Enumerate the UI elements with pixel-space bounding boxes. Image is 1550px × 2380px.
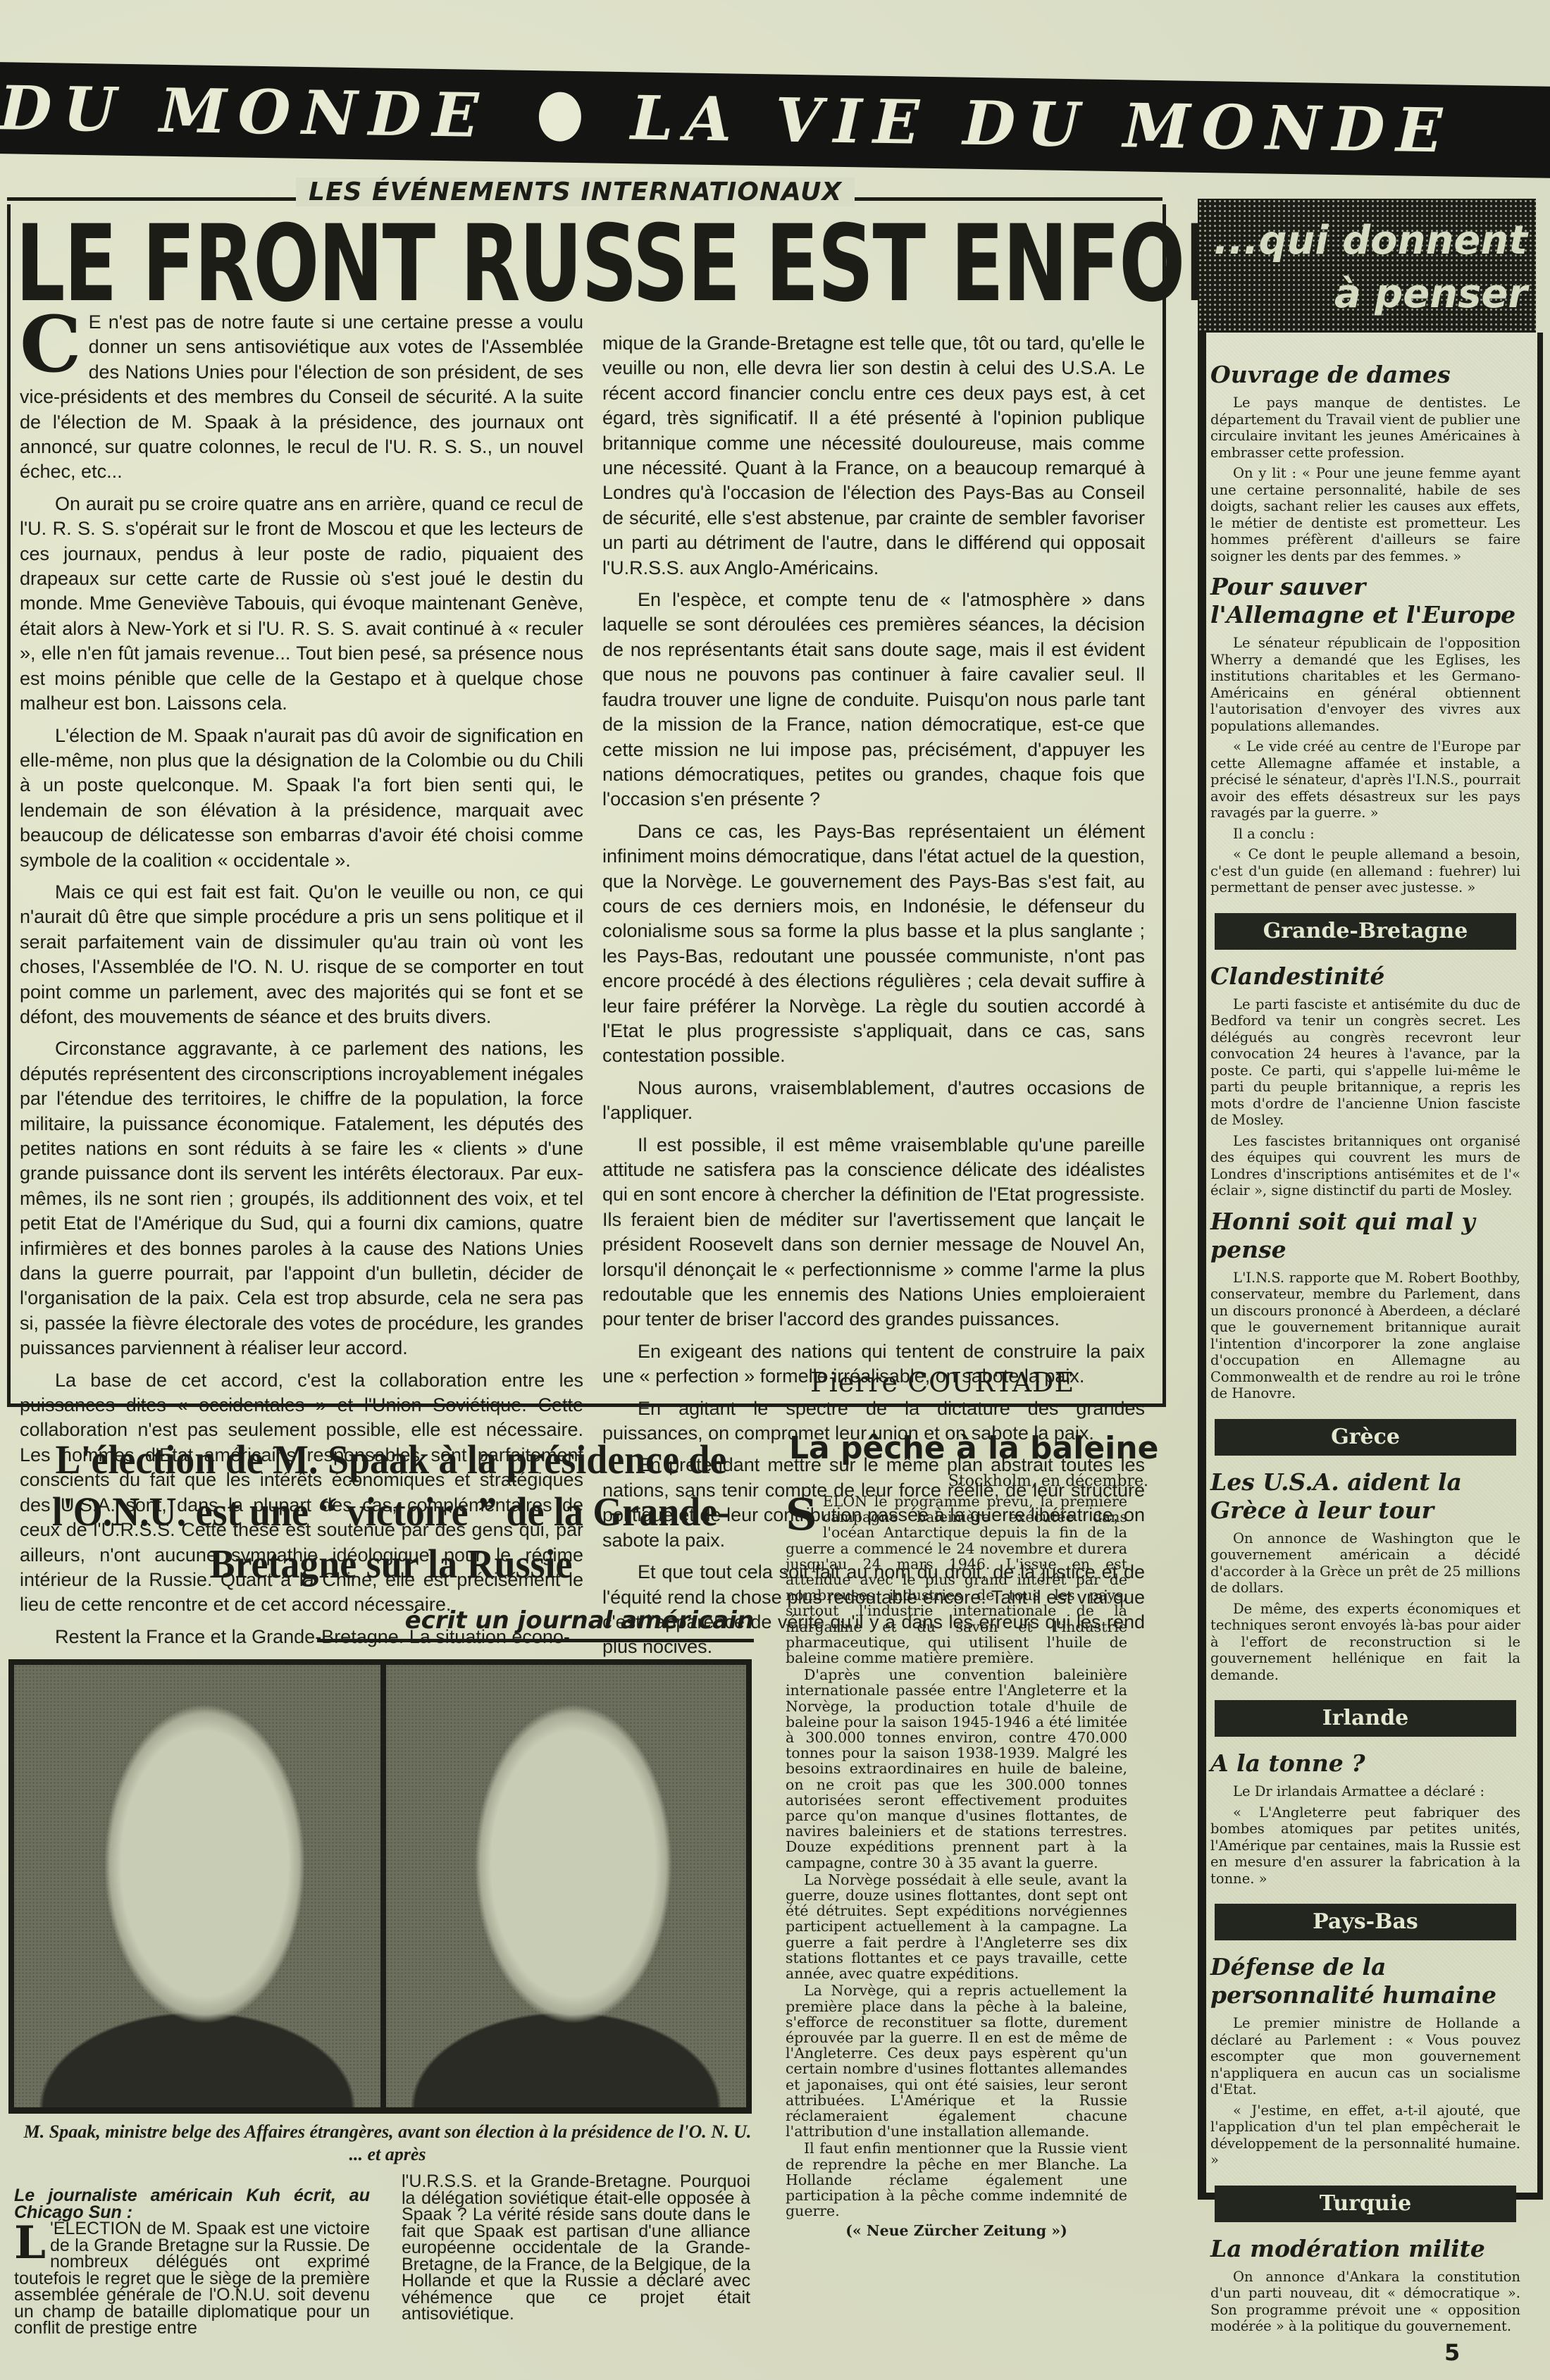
sidebar-header-line1: ...qui donnent — [1198, 214, 1527, 268]
sidebar-item-text: Le parti fasciste et antisémite du duc d… — [1210, 996, 1520, 1129]
section-banner: DU MONDE LA VIE DU MONDE — [0, 62, 1550, 178]
sidebar-item-title: La modération milite — [1210, 2235, 1520, 2263]
paragraph: Dans ce cas, les Pays-Bas représentaient… — [602, 819, 1145, 1069]
sidebar-item-title: Honni soit qui mal y pense — [1210, 1208, 1520, 1264]
spaak-column-2: l'U.R.S.S. et la Grande-Bretagne. Pourqu… — [402, 2174, 750, 2323]
photo-pair — [8, 1659, 752, 2114]
sidebar-header-line2: à penser — [1198, 268, 1527, 321]
sidebar-item-title: A la tonne ? — [1210, 1749, 1520, 1778]
paragraph: La Norvège possédait à elle seule, avant… — [786, 1872, 1127, 1981]
dropcap: C — [20, 313, 82, 376]
sidebar-band-pays-bas: Pays-Bas — [1215, 1904, 1516, 1940]
sidebar-item-text: On y lit : « Pour une jeune femme ayant … — [1210, 465, 1520, 564]
sidebar-band-grande-bretagne: Grande-Bretagne — [1215, 913, 1516, 950]
dropcap: S — [786, 1495, 817, 1535]
sidebar-item-text: « J'estime, en effet, a-t-il ajouté, que… — [1210, 2102, 1520, 2169]
sidebar-item-text: L'I.N.S. rapporte que M. Robert Boothby,… — [1210, 1270, 1520, 1402]
sidebar-item-text: Il a conclu : — [1210, 826, 1520, 843]
whale-column: SELON le programme prévu, la première ca… — [786, 1494, 1127, 2239]
sidebar-item-text: De même, des experts économiques et tech… — [1210, 1601, 1520, 1684]
sidebar-band-grece: Grèce — [1215, 1419, 1516, 1456]
sidebar-item-text: Le sénateur républicain de l'opposition … — [1210, 635, 1520, 734]
paragraph: Il est possible, il est même vraisemblab… — [602, 1133, 1145, 1332]
sidebar-item-text: On annonce de Washington que le gouverne… — [1210, 1530, 1520, 1597]
whale-headline: La pêche à la baleine — [789, 1430, 1158, 1466]
sidebar-item-text: On annonce d'Ankara la constitution d'un… — [1210, 2269, 1520, 2335]
sidebar-content: Ouvrage de dames Le pays manque de denti… — [1210, 352, 1520, 2339]
main-headline: LE FRONT RUSSE EST ENFONCÉ — [15, 211, 1153, 317]
banner-right-text: LA VIE DU MONDE — [630, 82, 1453, 166]
whale-source: (« Neue Zürcher Zeitung ») — [786, 2223, 1127, 2238]
sidebar-item-text: Les fascistes britanniques ont organisé … — [1210, 1133, 1520, 1199]
paragraph: On aurait pu se croire quatre ans en arr… — [20, 492, 583, 717]
sidebar-item-text: Le pays manque de dentistes. Le départem… — [1210, 395, 1520, 461]
sidebar-item-text: Le premier ministre de Hollande a déclar… — [1210, 2015, 1520, 2098]
paragraph: Il faut enfin mentionner que la Russie v… — [786, 2140, 1127, 2219]
sidebar-item-text: « Ce dont le peuple allemand a besoin, c… — [1210, 846, 1520, 896]
bullet-dot-icon — [539, 92, 582, 142]
spaak-column-1: Le journaliste américain Kuh écrit, au C… — [14, 2188, 370, 2337]
paragraph: Nous aurons, vraisemblablement, d'autres… — [602, 1076, 1145, 1126]
whale-dateline: Stockholm, en décembre. — [916, 1473, 1148, 1490]
paragraph: Mais ce qui est fait est fait. Qu'on le … — [20, 880, 583, 1029]
sidebar-item-text: « L'Angleterre peut fabriquer des bombes… — [1210, 1804, 1520, 1888]
photo-caption: M. Spaak, ministre belge des Affaires ét… — [21, 2121, 754, 2166]
portrait-before-image — [14, 1665, 380, 2107]
spaak-headline: L'élection de M. Spaak à la présidence d… — [47, 1434, 736, 1590]
portrait-after-image — [386, 1665, 746, 2107]
paragraph: L'élection de M. Spaak n'aurait pas dû a… — [20, 724, 583, 873]
sidebar-item-text: Le Dr irlandais Armattee a déclaré : — [1210, 1783, 1520, 1800]
spaak-body-1: 'ÉLECTION de M. Spaak est une victoire d… — [14, 2219, 370, 2338]
page-number: 5 — [1444, 2339, 1460, 2366]
sidebar-item-title: Clandestinité — [1210, 962, 1520, 991]
paragraph: En l'espèce, et compte tenu de « l'atmos… — [602, 588, 1145, 812]
spaak-subtitle: écrit un journal américain — [317, 1606, 754, 1642]
section-kicker: LES ÉVÉNEMENTS INTERNATIONAUX — [296, 178, 855, 206]
sidebar-item-title: Ouvrage de dames — [1210, 361, 1520, 389]
sidebar-item-title: Défense de la personnalité humaine — [1210, 1953, 1520, 2009]
paragraph: Circonstance aggravante, à ce parlement … — [20, 1036, 583, 1361]
sidebar-item-title: Les U.S.A. aident la Grèce à leur tour — [1210, 1468, 1520, 1525]
paragraph: La Norvège, qui a repris actuellement la… — [786, 1983, 1127, 2139]
paragraph: SELON le programme prévu, la première ca… — [786, 1494, 1127, 1666]
banner-left-text: DU MONDE — [0, 73, 490, 151]
spaak-body-2: l'U.R.S.S. et la Grande-Bretagne. Pourqu… — [402, 2174, 750, 2323]
paragraph: CE n'est pas de notre faute si une certa… — [20, 310, 583, 485]
paragraph: mique de la Grande-Bretagne est telle qu… — [602, 331, 1145, 581]
spaak-intro: Le journaliste américain Kuh écrit, au C… — [14, 2188, 370, 2221]
sidebar-item-title: Pour sauver l'Allemagne et l'Europe — [1210, 573, 1520, 629]
paragraph: D'après une convention baleinière intern… — [786, 1667, 1127, 1871]
sidebar-item-text: « Le vide créé au centre de l'Europe par… — [1210, 738, 1520, 822]
sidebar-band-turquie: Turquie — [1215, 2186, 1516, 2222]
author-signature: Pierre COURTADE — [810, 1367, 1074, 1398]
dropcap: L — [14, 2222, 46, 2264]
sidebar-header: ...qui donnent à penser — [1198, 199, 1536, 333]
sidebar-band-irlande: Irlande — [1215, 1700, 1516, 1737]
